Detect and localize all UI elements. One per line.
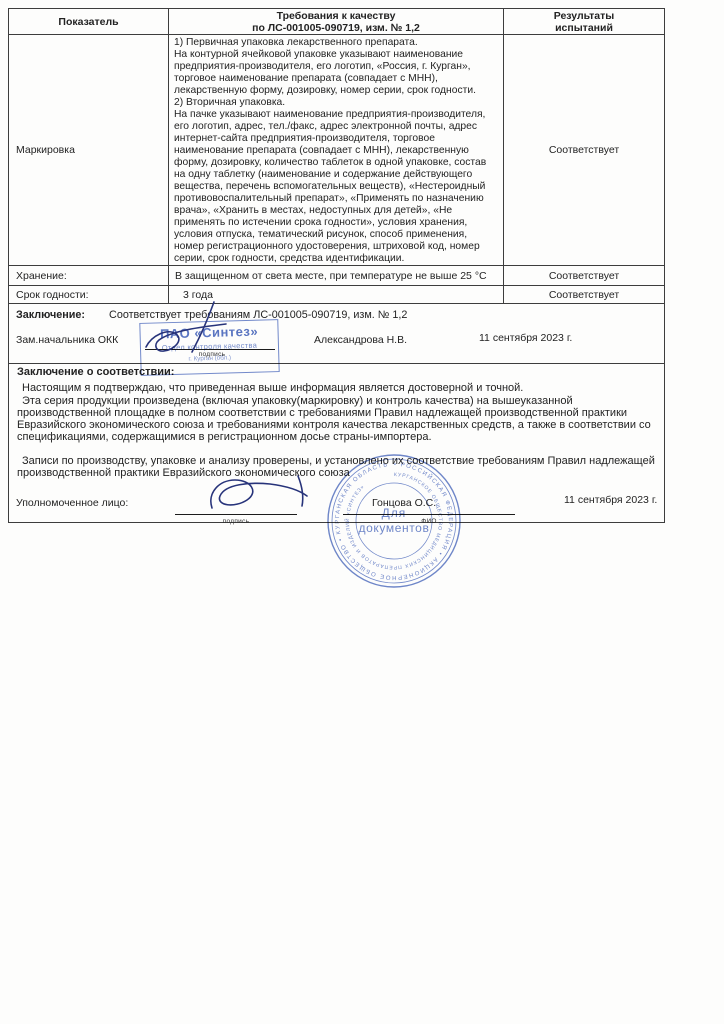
marking-name: Маркировка [16,144,75,156]
conformity-paragraph-1: Настоящим я подтверждаю, что приведенная… [17,383,656,395]
document-page: Показатель Требования к качеству по ЛС-0… [0,0,724,1024]
storage-name: Хранение: [16,270,67,282]
header-requirements-line1: Требования к качеству [277,10,396,22]
quality-table: Показатель Требования к качеству по ЛС-0… [8,8,665,523]
table-row-storage: Хранение: В защищенном от света месте, п… [9,266,664,286]
authorized-date: 11 сентября 2023 г. [564,495,657,507]
qc-date: 11 сентября 2023 г. [479,332,572,344]
storage-result: Соответствует [549,270,619,282]
marking-name-cell: Маркировка [9,35,169,265]
header-results: Результаты испытаний [504,9,664,34]
header-requirements: Требования к качеству по ЛС-001005-09071… [169,9,504,34]
conclusion-line: Заключение:Соответствует требованиям ЛС-… [9,304,664,321]
qc-role: Зам.начальника ОКК [16,334,118,346]
marking-requirement-cell: 1) Первичная упаковка лекарственного пре… [169,35,504,265]
conformity-paragraph-2: Эта серия продукции произведена (включая… [17,396,656,443]
authorized-handwritten-signature [198,468,328,520]
round-stamp-center-line2: документов [359,521,430,535]
shelf-life-name: Срок годности: [16,289,89,301]
header-results-line2: испытаний [555,22,613,34]
storage-name-cell: Хранение: [9,266,169,285]
shelf-life-result-cell: Соответствует [504,286,664,303]
header-requirements-line2: по ЛС-001005-090719, изм. № 1,2 [252,22,420,34]
table-row-shelf-life: Срок годности: 3 года Соответствует [9,286,664,304]
table-row-marking: Маркировка 1) Первичная упаковка лекарст… [9,35,664,266]
storage-requirement: В защищенном от света месте, при темпера… [175,270,487,282]
header-indicator-label: Показатель [58,16,118,28]
shelf-life-result: Соответствует [549,289,619,301]
marking-result-cell: Соответствует [504,35,664,265]
table-header-row: Показатель Требования к качеству по ЛС-0… [9,9,664,35]
round-stamp: • РОССИЙСКАЯ ФЕДЕРАЦИЯ • АКЦИОНЕРНОЕ ОБЩ… [326,453,462,589]
qc-handwritten-signature [128,293,278,365]
marking-result: Соответствует [549,144,619,156]
conclusion-label: Заключение: [16,309,85,321]
round-stamp-center-line1: Для [382,506,407,520]
qc-name: Александрова Н.В. [314,334,407,346]
storage-requirement-cell: В защищенном от света месте, при темпера… [169,266,504,285]
header-results-line1: Результаты [554,10,615,22]
authorized-role: Уполномоченное лицо: [16,498,128,510]
conformity-heading: Заключение о соответствии: [17,367,656,379]
header-indicator: Показатель [9,9,169,34]
conclusion-section: Заключение:Соответствует требованиям ЛС-… [9,304,664,364]
storage-result-cell: Соответствует [504,266,664,285]
